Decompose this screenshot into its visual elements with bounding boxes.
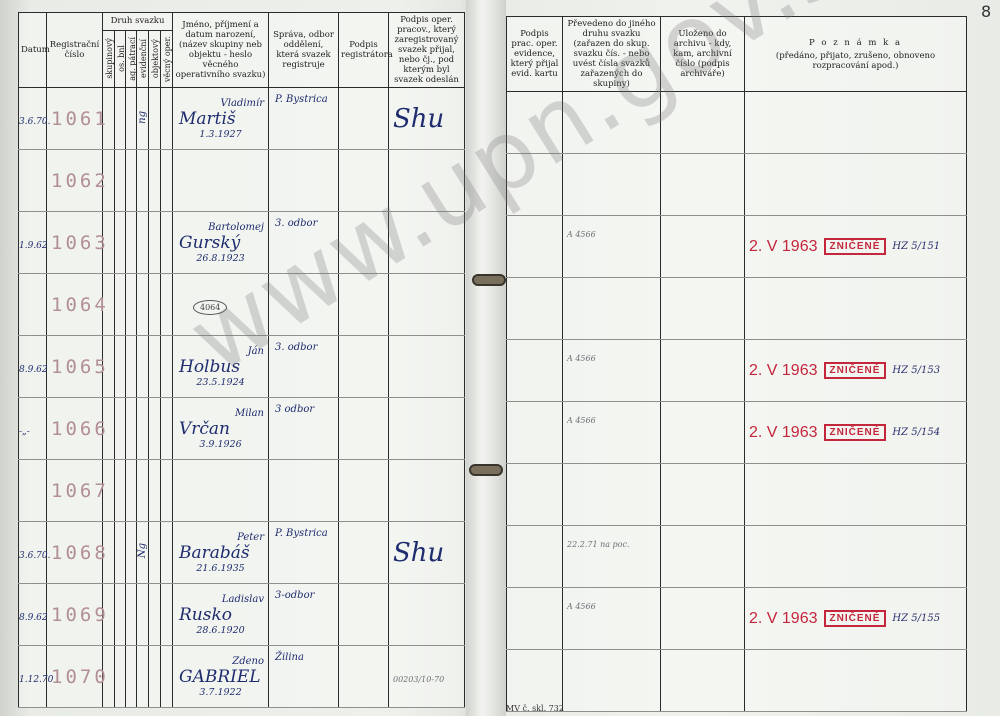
- cell-note: [745, 650, 967, 712]
- cell-date: 8.9.62: [19, 584, 47, 646]
- cell-registrar-signature: [339, 646, 389, 708]
- cell-note: 2. V 1963 ZNIČENÉ HZ 5/151: [745, 216, 967, 278]
- cell-type-agent: [126, 398, 137, 460]
- cell-type-agent: [126, 150, 137, 212]
- destruction-stamp: 2. V 1963 ZNIČENÉ HZ 5/155: [745, 610, 966, 628]
- header-type-agent-col: ag. pátrací: [126, 30, 137, 87]
- cell-oper-signature: [507, 340, 563, 402]
- cell-type-matter: [161, 522, 173, 584]
- cell-date: 1.12.70: [19, 646, 47, 708]
- register-row: A 4566 2. V 1963 ZNIČENÉ HZ 5/153: [507, 340, 967, 402]
- birth-date: 1.3.1927: [173, 129, 268, 140]
- cell-archived: [661, 278, 745, 340]
- register-row: A 4566 2. V 1963 ZNIČENÉ HZ 5/151: [507, 216, 967, 278]
- cell-type-evidence: [137, 336, 149, 398]
- register-row: [507, 154, 967, 216]
- cell-date: [19, 460, 47, 522]
- cell-date: [19, 274, 47, 336]
- cell-transferred: A 4566: [563, 588, 661, 650]
- cell-note: 2. V 1963 ZNIČENÉ HZ 5/153: [745, 340, 967, 402]
- first-name: Ján: [173, 346, 268, 357]
- cell-note: [745, 154, 967, 216]
- cell-department: [269, 274, 339, 336]
- cell-date: 3.6.70.: [19, 88, 47, 150]
- first-name: Vladimír: [173, 98, 268, 109]
- header-note-title: P o z n á m k a: [747, 38, 964, 48]
- cell-department: P. Bystrica: [269, 88, 339, 150]
- page-number: 8: [981, 2, 991, 21]
- cell-type-object: [149, 584, 161, 646]
- cell-oper-signature: [507, 464, 563, 526]
- register-row: [507, 650, 967, 712]
- cell-operator-signature: Shu: [389, 88, 465, 150]
- cell-registrar-signature: [339, 336, 389, 398]
- cell-name: [173, 460, 269, 522]
- cell-type-matter: [161, 88, 173, 150]
- header-operator-signature: Podpis oper. pracov., který zaregistrova…: [389, 13, 465, 88]
- cell-type-object: [149, 274, 161, 336]
- cell-transferred: [563, 650, 661, 712]
- cell-type-personal: [115, 522, 126, 584]
- stamp-date: 2. V 1963: [749, 424, 818, 442]
- cell-type-personal: [115, 460, 126, 522]
- cell-type-agent: [126, 212, 137, 274]
- cell-type-matter: [161, 336, 173, 398]
- header-registrar-signature: Podpis registrátora: [339, 13, 389, 88]
- stamp-reference: HZ 5/151: [892, 241, 940, 252]
- cell-type-evidence: ng: [137, 88, 149, 150]
- cell-archived: [661, 154, 745, 216]
- cell-type-object: [149, 336, 161, 398]
- cell-type-agent: [126, 88, 137, 150]
- header-date: Datum: [19, 13, 47, 88]
- cell-note: 2. V 1963 ZNIČENÉ HZ 5/155: [745, 588, 967, 650]
- register-row: A 4566 2. V 1963 ZNIČENÉ HZ 5/154: [507, 402, 967, 464]
- cell-department: [269, 150, 339, 212]
- header-type-evidence-col: evidenční: [137, 30, 149, 87]
- cell-type-object: [149, 460, 161, 522]
- cell-type-agent: [126, 522, 137, 584]
- cell-note: [745, 278, 967, 340]
- cell-reg-number: 1069: [47, 584, 103, 646]
- last-name: Martiš: [173, 109, 268, 129]
- cell-type-personal: [115, 336, 126, 398]
- birth-date: 28.6.1920: [173, 625, 268, 636]
- cell-oper-signature: [507, 154, 563, 216]
- stamp-reference: HZ 5/154: [892, 427, 940, 438]
- register-row: [507, 464, 967, 526]
- cell-date: 8.9.62: [19, 336, 47, 398]
- destruction-stamp: 2. V 1963 ZNIČENÉ HZ 5/154: [745, 424, 966, 442]
- header-note-subtitle: (předáno, přijato, zrušeno, obnoveno roz…: [747, 51, 964, 71]
- stamp-reference: HZ 5/153: [892, 365, 940, 376]
- cell-operator-signature: [389, 584, 465, 646]
- header-archived: Uloženo do archivu - kdy, kam, archivní …: [661, 17, 745, 92]
- stamp-destroyed-label: ZNIČENÉ: [824, 362, 887, 379]
- cell-archived: [661, 340, 745, 402]
- cell-type-personal: [115, 88, 126, 150]
- cell-transferred: A 4566: [563, 340, 661, 402]
- register-row: 22.2.71 na poc.: [507, 526, 967, 588]
- cell-archived: [661, 216, 745, 278]
- cell-department: P. Bystrica: [269, 522, 339, 584]
- cell-note: [745, 464, 967, 526]
- cell-oper-signature: [507, 588, 563, 650]
- cell-note: [745, 526, 967, 588]
- cell-type-personal: [115, 584, 126, 646]
- cell-department: 3-odbor: [269, 584, 339, 646]
- birth-date: 26.8.1923: [173, 253, 268, 264]
- form-code: MV č. skl. 732: [506, 704, 564, 713]
- cell-transferred: 22.2.71 na poc.: [563, 526, 661, 588]
- register-row: 1.12.70 1070 Zdeno GABRIEL 3.7.1922 Žili…: [19, 646, 465, 708]
- cell-registrar-signature: [339, 274, 389, 336]
- cell-date: [19, 150, 47, 212]
- cell-oper-signature: [507, 92, 563, 154]
- destruction-stamp: 2. V 1963 ZNIČENÉ HZ 5/153: [745, 362, 966, 380]
- cell-type-evidence: Ng: [137, 522, 149, 584]
- stamp-reference: HZ 5/155: [892, 613, 940, 624]
- cell-department: Žilina: [269, 646, 339, 708]
- last-name: GABRIEL: [173, 667, 268, 687]
- right-register-table: Podpis prac. oper. evidence, který přija…: [506, 16, 967, 712]
- register-row: 3.6.70. 1061 ng Vladimír Martiš 1.3.1927…: [19, 88, 465, 150]
- cell-archived: [661, 650, 745, 712]
- register-row: 1.9.62 1063 Bartolomej Gurský 26.8.1923 …: [19, 212, 465, 274]
- cell-type-matter: [161, 584, 173, 646]
- cell-type-matter: [161, 212, 173, 274]
- cell-name: Ján Holbus 23.5.1924: [173, 336, 269, 398]
- circled-note: 4064: [193, 300, 227, 315]
- register-row: A 4566 2. V 1963 ZNIČENÉ HZ 5/155: [507, 588, 967, 650]
- cell-name: Vladimír Martiš 1.3.1927: [173, 88, 269, 150]
- cell-reg-number: 1062: [47, 150, 103, 212]
- destruction-stamp: 2. V 1963 ZNIČENÉ HZ 5/151: [745, 238, 966, 256]
- cell-archived: [661, 588, 745, 650]
- cell-name: Milan Vrčan 3.9.1926: [173, 398, 269, 460]
- header-department: Správa, odbor oddělení, která svazek reg…: [269, 13, 339, 88]
- header-type-group-col: skupinový: [103, 30, 115, 87]
- cell-transferred: A 4566: [563, 216, 661, 278]
- cell-operator-signature: [389, 274, 465, 336]
- cell-type-evidence: [137, 150, 149, 212]
- first-name: Bartolomej: [173, 222, 268, 233]
- last-name: Gurský: [173, 233, 268, 253]
- cell-operator-signature: [389, 398, 465, 460]
- cell-registrar-signature: [339, 584, 389, 646]
- cell-reg-number: 1070: [47, 646, 103, 708]
- register-row: 1067: [19, 460, 465, 522]
- stamp-destroyed-label: ZNIČENÉ: [824, 610, 887, 627]
- cell-type-personal: [115, 274, 126, 336]
- cell-date: 3.6.70.: [19, 522, 47, 584]
- cell-type-object: [149, 646, 161, 708]
- cell-type-agent: [126, 646, 137, 708]
- header-transferred: Převedeno do jiného druhu svazku (zařaze…: [563, 17, 661, 92]
- cell-name: Peter Barabáš 21.6.1935: [173, 522, 269, 584]
- cell-oper-signature: [507, 216, 563, 278]
- cell-type-object: [149, 88, 161, 150]
- last-name: Vrčan: [173, 419, 268, 439]
- cell-type-matter: [161, 150, 173, 212]
- cell-type-evidence: [137, 212, 149, 274]
- cell-department: 3. odbor: [269, 336, 339, 398]
- cell-reg-number: 1061: [47, 88, 103, 150]
- book-spine: [466, 0, 506, 716]
- cell-type-evidence: [137, 460, 149, 522]
- binding-ring-top: [472, 274, 506, 286]
- cell-operator-signature: [389, 336, 465, 398]
- cell-oper-signature: [507, 402, 563, 464]
- cell-type-matter: [161, 460, 173, 522]
- cell-type-object: [149, 150, 161, 212]
- stamp-date: 2. V 1963: [749, 610, 818, 628]
- cell-archived: [661, 92, 745, 154]
- register-row: 1062: [19, 150, 465, 212]
- cell-transferred: [563, 154, 661, 216]
- cell-date: -„-: [19, 398, 47, 460]
- cell-oper-signature: [507, 650, 563, 712]
- cell-type-matter: [161, 646, 173, 708]
- cell-name: 4064: [173, 274, 269, 336]
- register-row: 8.9.62 1065 Ján Holbus 23.5.1924 3. odbo…: [19, 336, 465, 398]
- cell-type-object: [149, 522, 161, 584]
- first-name: Zdeno: [173, 656, 268, 667]
- first-name: Ladislav: [173, 594, 268, 605]
- cell-type-evidence: [137, 398, 149, 460]
- cell-reg-number: 1068: [47, 522, 103, 584]
- cell-name: Zdeno GABRIEL 3.7.1922: [173, 646, 269, 708]
- header-name: Jméno, příjmení a datum narození, (název…: [173, 13, 269, 88]
- left-register-table: Datum Registrační číslo Druh svazku Jmén…: [18, 12, 465, 708]
- register-row: [507, 278, 967, 340]
- cell-operator-signature: 00203/10-70: [389, 646, 465, 708]
- cell-type-agent: [126, 460, 137, 522]
- binding-ring-bottom: [469, 464, 503, 476]
- cell-department: 3 odbor: [269, 398, 339, 460]
- cell-type-matter: [161, 274, 173, 336]
- cell-type-matter: [161, 398, 173, 460]
- header-note: P o z n á m k a (předáno, přijato, zruše…: [745, 17, 967, 92]
- cell-reg-number: 1066: [47, 398, 103, 460]
- cell-name: Ladislav Rusko 28.6.1920: [173, 584, 269, 646]
- stamp-destroyed-label: ZNIČENÉ: [824, 424, 887, 441]
- stamp-destroyed-label: ZNIČENÉ: [824, 238, 887, 255]
- cell-type-evidence: [137, 584, 149, 646]
- birth-date: 3.9.1926: [173, 439, 268, 450]
- header-reg-number: Registrační číslo: [47, 13, 103, 88]
- register-row: -„- 1066 Milan Vrčan 3.9.1926 3 odbor: [19, 398, 465, 460]
- cell-transferred: [563, 278, 661, 340]
- cell-registrar-signature: [339, 150, 389, 212]
- last-name: Barabáš: [173, 543, 268, 563]
- register-row: 8.9.62 1069 Ladislav Rusko 28.6.1920 3-o…: [19, 584, 465, 646]
- cell-operator-signature: [389, 212, 465, 274]
- header-type-matter-col: věcný oper.: [161, 30, 173, 87]
- cell-type-personal: [115, 646, 126, 708]
- cell-name: Bartolomej Gurský 26.8.1923: [173, 212, 269, 274]
- cell-type-personal: [115, 212, 126, 274]
- register-row: [507, 92, 967, 154]
- cell-oper-signature: [507, 278, 563, 340]
- cell-operator-signature: [389, 150, 465, 212]
- cell-note: 2. V 1963 ZNIČENÉ HZ 5/154: [745, 402, 967, 464]
- cell-oper-signature: [507, 526, 563, 588]
- cell-registrar-signature: [339, 460, 389, 522]
- cell-archived: [661, 464, 745, 526]
- cell-type-agent: [126, 336, 137, 398]
- birth-date: 23.5.1924: [173, 377, 268, 388]
- cell-operator-signature: [389, 460, 465, 522]
- cell-type-personal: [115, 398, 126, 460]
- birth-date: 21.6.1935: [173, 563, 268, 574]
- cell-reg-number: 1065: [47, 336, 103, 398]
- cell-transferred: [563, 464, 661, 526]
- cell-type-agent: [126, 584, 137, 646]
- header-type-personal-col: os. bnl: [115, 30, 126, 87]
- birth-date: 3.7.1922: [173, 687, 268, 698]
- cell-archived: [661, 402, 745, 464]
- cell-reg-number: 1063: [47, 212, 103, 274]
- cell-name: [173, 150, 269, 212]
- cell-type-agent: [126, 274, 137, 336]
- header-type-object-col: objektový: [149, 30, 161, 87]
- first-name: Peter: [173, 532, 268, 543]
- cell-archived: [661, 526, 745, 588]
- last-name: Rusko: [173, 605, 268, 625]
- cell-department: 3. odbor: [269, 212, 339, 274]
- cell-registrar-signature: [339, 398, 389, 460]
- cell-type-personal: [115, 150, 126, 212]
- stamp-date: 2. V 1963: [749, 238, 818, 256]
- cell-registrar-signature: [339, 212, 389, 274]
- cell-transferred: A 4566: [563, 402, 661, 464]
- cell-reg-number: 1064: [47, 274, 103, 336]
- cell-date: 1.9.62: [19, 212, 47, 274]
- cell-note: [745, 92, 967, 154]
- cell-type-object: [149, 398, 161, 460]
- cell-registrar-signature: [339, 88, 389, 150]
- register-book-spread: 8 Datum Registrační číslo Druh svazku Jm…: [0, 0, 1000, 716]
- cell-transferred: [563, 92, 661, 154]
- cell-registrar-signature: [339, 522, 389, 584]
- register-row: 1064 4064: [19, 274, 465, 336]
- cell-type-object: [149, 212, 161, 274]
- cell-department: [269, 460, 339, 522]
- cell-type-evidence: [137, 274, 149, 336]
- stamp-date: 2. V 1963: [749, 362, 818, 380]
- last-name: Holbus: [173, 357, 268, 377]
- cell-operator-signature: Shu: [389, 522, 465, 584]
- register-row: 3.6.70. 1068 Ng Peter Barabáš 21.6.1935 …: [19, 522, 465, 584]
- header-type-group: Druh svazku: [103, 13, 173, 31]
- first-name: Milan: [173, 408, 268, 419]
- header-oper-signature: Podpis prac. oper. evidence, který přija…: [507, 17, 563, 92]
- cell-type-evidence: [137, 646, 149, 708]
- cell-reg-number: 1067: [47, 460, 103, 522]
